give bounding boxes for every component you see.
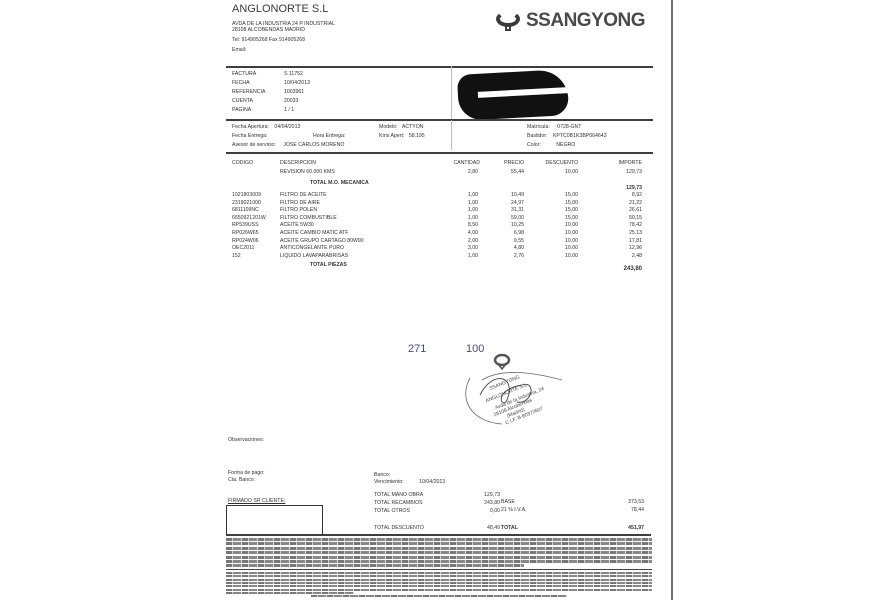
invoice-page: ANGLONORTE S.L AVDA DE LA INDUSTRIA 24 P… — [222, 0, 673, 600]
kms-apertura: Kms Apert: 58.195 — [379, 133, 425, 139]
observaciones-label: Observaciones: — [228, 437, 264, 443]
firmado-label: FIRMADO SR CLIENTE: — [228, 498, 285, 504]
forma-pago-label: Forma de pago: — [228, 470, 265, 476]
brand-logo: SSANGYONG — [496, 10, 645, 32]
cta-banco-label: Cta. Banco: — [228, 477, 255, 483]
banco-label: Banco: — [374, 472, 390, 478]
bastidor: Bastidor: KPTC0B1K3BP064643 — [527, 133, 607, 139]
table-row: 6650921201WFILTRO COMBUSTIBLE1,0059,0015… — [232, 215, 652, 221]
company-phone: Tel: 914905268 Fax 914905268 — [232, 37, 335, 43]
table-row: REVISION 60.000 KMS 2,80 55,44 10,00 129… — [232, 169, 652, 175]
total-descuento: TOTAL DESCUENTO 48,49 — [374, 525, 500, 531]
invoice-field: FACTURAS 11752 — [232, 71, 310, 77]
coordinate-readout-x: 271 — [408, 343, 426, 355]
table-row: 2319021000FILTRO DE AIRE1,0024,9715,0021… — [232, 200, 652, 206]
invoice-field: CUENTA20033 — [232, 98, 310, 104]
modelo: Modelo: ACTYON — [379, 124, 424, 130]
divider — [451, 120, 452, 150]
totals-summary: TOTAL MANO OBRA129,73 TOTAL RECAMBIOS243… — [374, 492, 500, 514]
invoice-field: PAGINA1 / 1 — [232, 107, 310, 113]
brand-wordmark: SSANGYONG — [526, 10, 645, 32]
table-row: RP024W06ACEITE GRUPO CARTAGO 80W902,009,… — [232, 238, 652, 244]
invoice-info: FACTURAS 11752 FECHA10/04/2013 REFERENCI… — [232, 71, 310, 113]
table-row: OEC2011ANTICONGELANTE PURO3,004,8010,001… — [232, 245, 652, 251]
vencimiento: Vencimiento: 10/04/2013 — [374, 479, 445, 485]
divider — [226, 66, 653, 68]
table-row: 6811109NCFILTRO POLEN1,0031,3115,0026,61 — [232, 207, 652, 213]
asesor-servicio: Asesor de servicio: JOSE CARLOS MORENO — [232, 142, 344, 148]
total-line: TOTAL OTROS0,00 — [374, 508, 500, 514]
divider — [451, 66, 452, 122]
legal-fine-print — [226, 538, 652, 598]
fecha-apertura: Fecha Apertura: 04/04/2013 — [232, 124, 300, 130]
iva: 21 % I.V.A. 78,44 — [501, 507, 644, 513]
grand-total: TOTAL 451,97 — [501, 525, 644, 531]
table-row: RP539USSACEITE 5W308,5010,2510,0078,42 — [232, 222, 652, 228]
table-row: 152LIQUIDO LAVAPARABRISAS1,002,7610,002,… — [232, 253, 652, 259]
divider — [226, 534, 651, 536]
address-line-2: 28108 ALCOBENDAS MADRID — [232, 27, 335, 33]
redacted-customer-block — [457, 69, 569, 121]
company-address: AVDA DE LA INDUSTRIA 24 P INDUSTRIAL 281… — [232, 21, 335, 53]
base-imponible: BASE 373,53 — [501, 499, 644, 505]
total-line: TOTAL RECAMBIOS243,80 — [374, 500, 500, 506]
fecha-entrega: Fecha Entrega: — [232, 133, 267, 139]
color: Color: NEGRO — [527, 142, 575, 148]
divider — [226, 152, 653, 154]
table-row: 1021803009FILTRO DE ACEITE1,0010,4915,00… — [232, 192, 652, 198]
table-header: CODIGO DESCRIPCION CANTIDAD PRECIO DESCU… — [232, 160, 652, 166]
company-stamp-signature: SSANGYONG ANGLONORTE S.L. Avda de la Ind… — [462, 350, 572, 425]
invoice-field: FECHA10/04/2013 — [232, 80, 310, 86]
hora-entrega: Hora Entrega: — [313, 133, 345, 139]
customer-signature-box — [226, 505, 323, 535]
table-row: RP026W65ACEITE CAMBIO MATIC ATF4,006,981… — [232, 230, 652, 236]
matricula: Matrícula: 0728-GNT — [527, 124, 581, 130]
labor-total-value: 129,73 — [232, 185, 652, 191]
invoice-field: REFERENCIA1003961 — [232, 89, 310, 95]
total-line: TOTAL MANO OBRA129,73 — [374, 492, 500, 498]
company-name: ANGLONORTE S.L — [232, 3, 328, 15]
ssangyong-emblem-icon — [496, 10, 520, 32]
parts-total-value: 243,80 — [232, 266, 652, 272]
divider — [226, 119, 653, 121]
company-email: Email: — [232, 47, 335, 53]
